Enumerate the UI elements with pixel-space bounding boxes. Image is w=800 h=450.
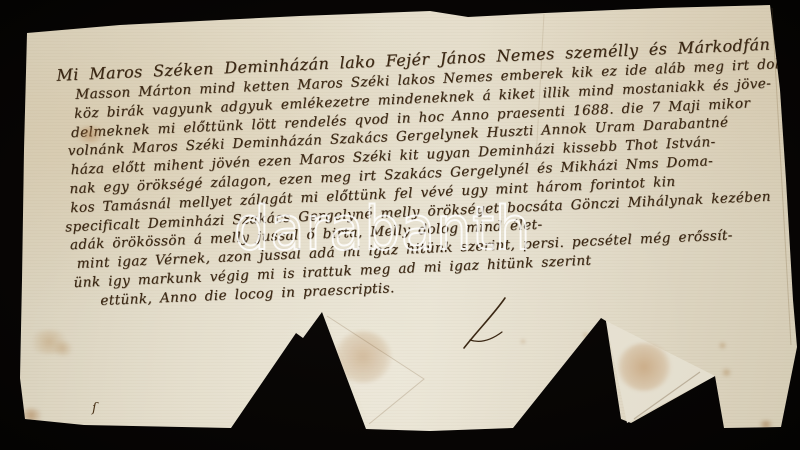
stain-speck xyxy=(582,332,589,338)
stain-speck xyxy=(718,342,727,349)
stain-speck xyxy=(520,339,526,344)
stain-speck xyxy=(721,368,732,377)
handwritten-text-block: Mi Maros Széken Deminházán lako Fejér Já… xyxy=(50,33,780,313)
seal-stain xyxy=(334,331,392,383)
seal-stain xyxy=(617,343,671,391)
watermark-text: darabanth xyxy=(234,194,531,264)
corner-pen-mark: ſ xyxy=(92,401,97,416)
stain xyxy=(52,341,74,356)
stain-speck xyxy=(606,394,613,400)
stain-speck xyxy=(758,420,774,429)
stain xyxy=(74,126,106,143)
photo-background: Mi Maros Széken Deminházán lako Fejér Já… xyxy=(0,0,800,450)
stain xyxy=(19,408,43,423)
